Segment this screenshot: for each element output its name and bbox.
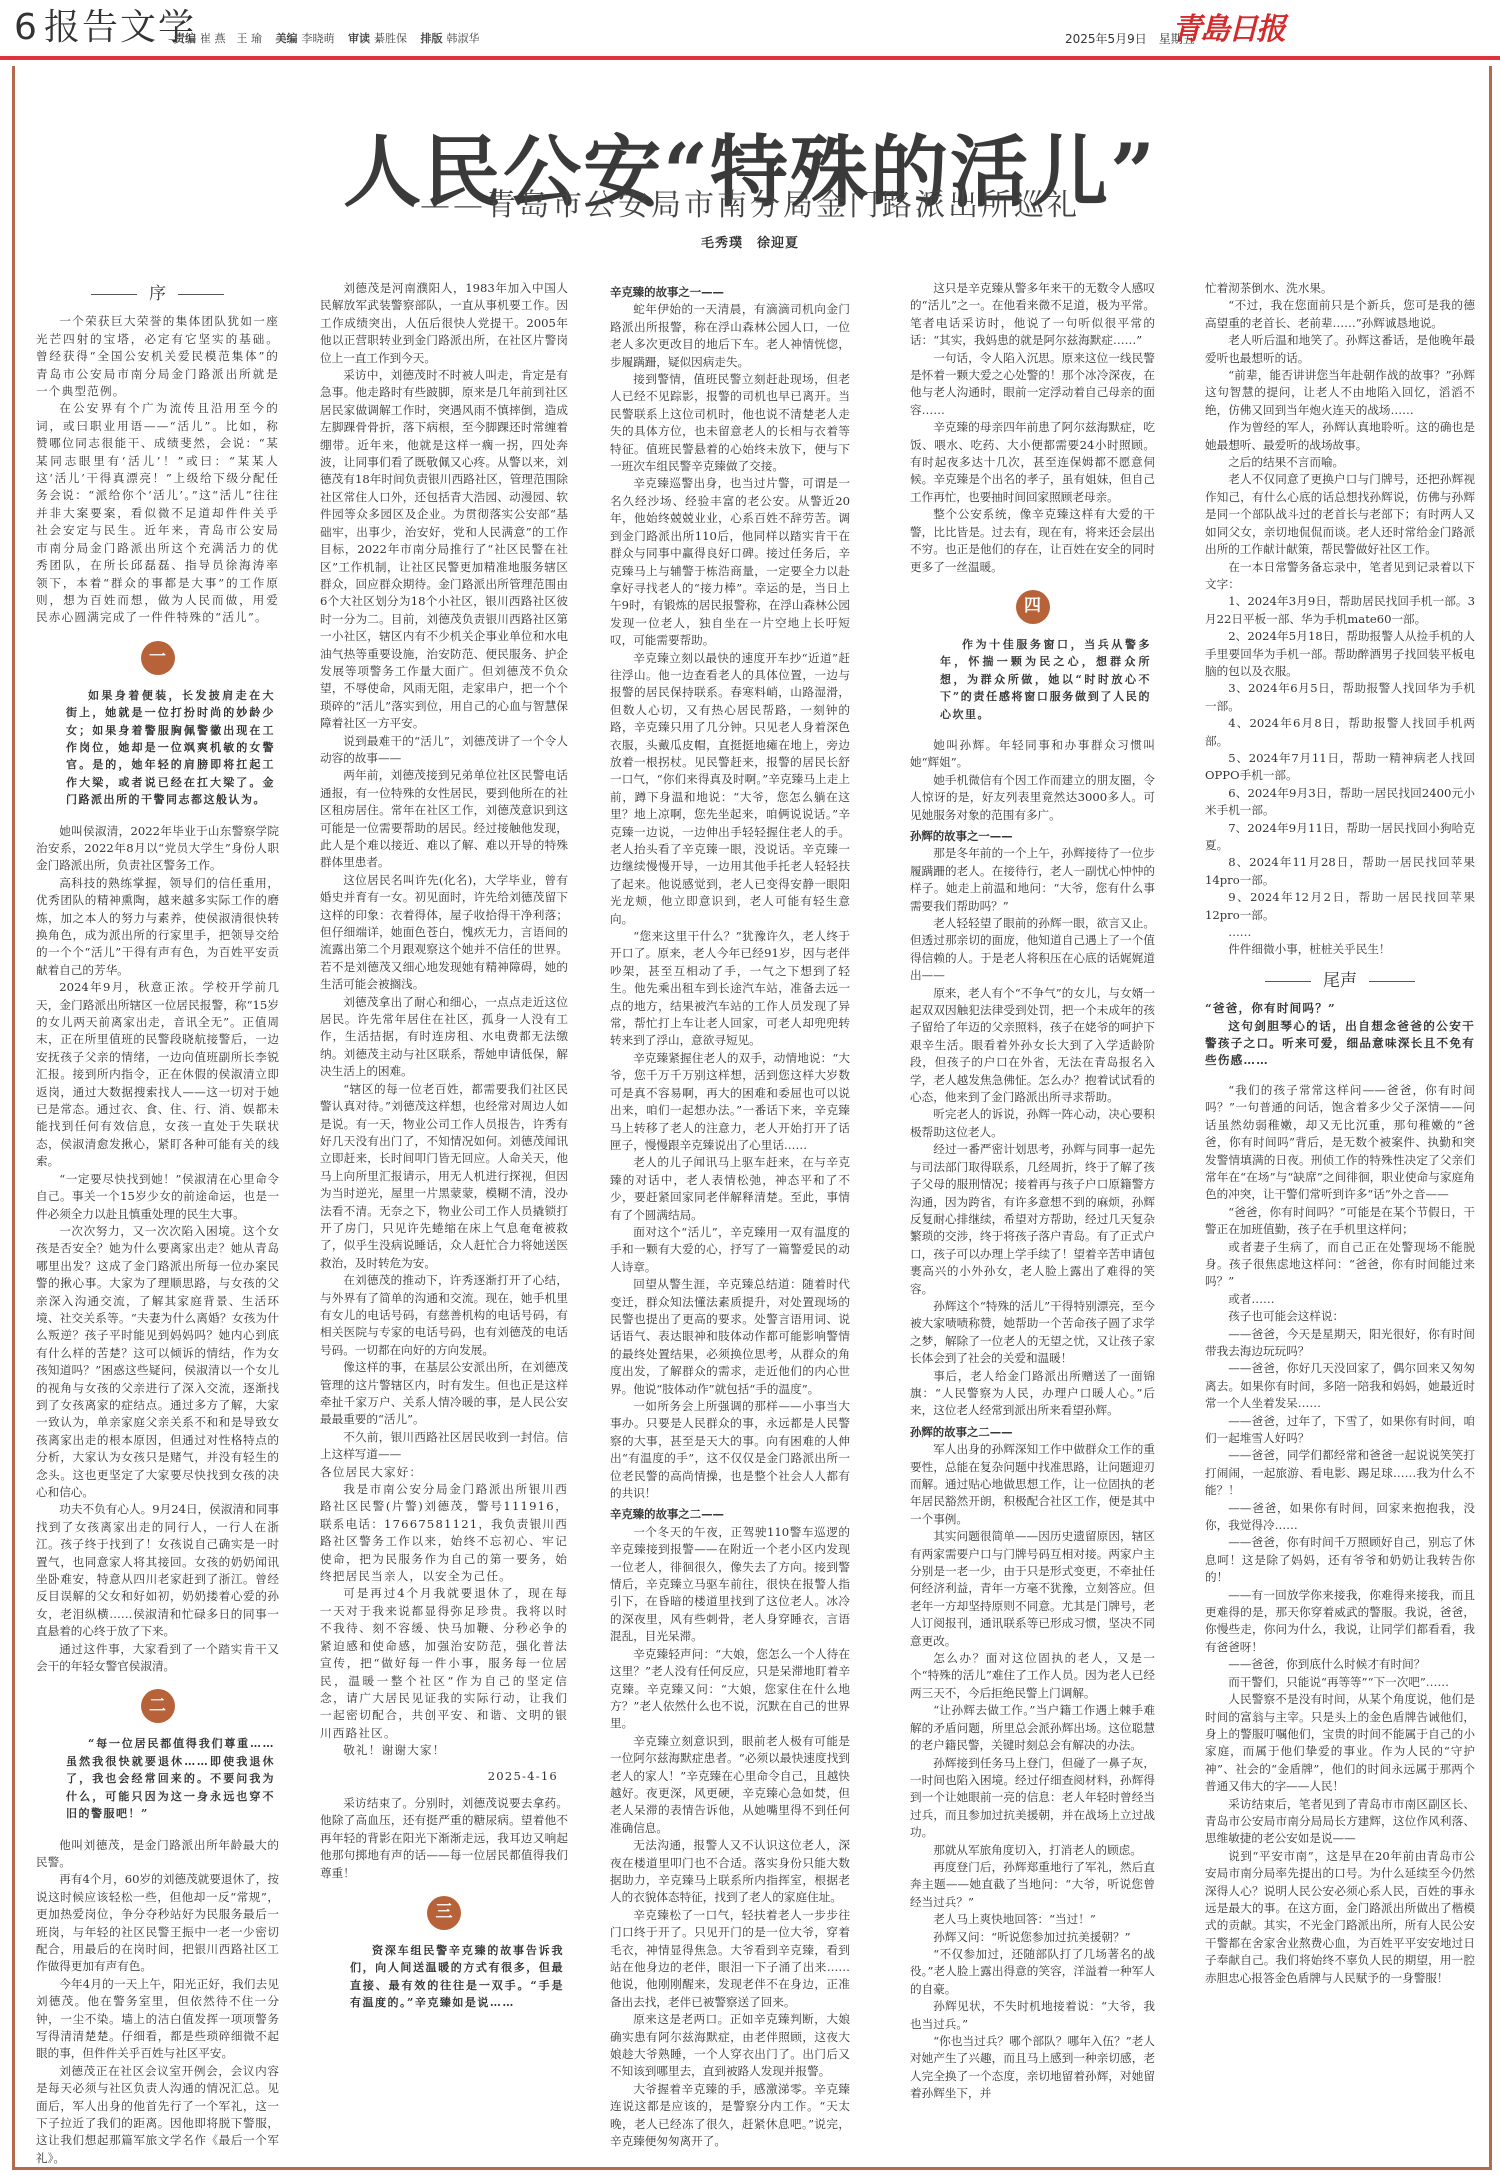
paragraph: 在公安界有个广为流传且沿用至今的词，或曰职业用语——“活儿”。比如，称赞哪位同志…: [36, 400, 279, 626]
paragraph: 刘德茂拿出了耐心和细心，一点点走近这位居民。许先常年居住在社区，孤身一人没有工作…: [320, 994, 568, 1081]
credit-role: 审读: [348, 32, 370, 45]
divider: [1265, 981, 1311, 982]
section-1-lead: 如果身着便装，长发披肩走在大街上，她就是一位打扮时尚的妙龄少女；如果身着警服胸佩…: [66, 687, 275, 809]
credit-role: 责编: [174, 32, 196, 45]
paragraph: 在一本日常警务备忘录中，笔者见到记录着以下文字：: [1205, 559, 1475, 594]
paragraph: 作为曾经的军人，孙辉认真地聆听。这的确也是她最想听、最爱听的战场故事。: [1205, 419, 1475, 454]
paragraph: 无法沟通，报警人又不认识这位老人，深夜在楼道里叩门也不合适。落实身份只能大数据助…: [610, 1837, 850, 1907]
memo-item: 5、2024年7月11日，帮助一精神病老人找回OPPO手机一部。: [1205, 750, 1475, 785]
paragraph: “爸爸，你有时间吗？”可能是在某个节假日，干警正在加班值勤，孩子在手机里这样问；: [1205, 1204, 1475, 1239]
lead-text: 如果身着便装，长发披肩走在大街上，她就是一位打扮时尚的妙龄少女；如果身着警服胸佩…: [66, 687, 275, 809]
paragraph: 她叫侯淑清，2022年毕业于山东警察学院治安系，2022年8月以“党员大学生”身…: [36, 823, 279, 875]
paragraph: 功夫不负有心人。9月24日，侯淑清和同事找到了女孩离家出走的同行人，一行人在浙江…: [36, 1501, 279, 1640]
paragraph: “您来这里干什么？”犹豫许久，老人终于开口了。原来，老人今年已经91岁，因与老伴…: [610, 928, 850, 1050]
paragraph: ——爸爸，你有时间千万照顾好自己，别忘了休息呵！这是除了妈妈，还有爷爷和奶奶让我…: [1205, 1534, 1475, 1586]
paragraph: 军人出身的孙辉深知工作中做群众工作的重要性，总能在复杂问题中找准思路，让问题迎刃…: [910, 1441, 1155, 1528]
paragraph: 其实问题很简单——因历史遗留原因，辖区有两家需要户口与门牌号码互相对接。两家户主…: [910, 1528, 1155, 1650]
lead-text: 资深车组民警辛克臻的故事告诉我们，向人间送温暖的方式有很多，但最直接、最有效的往…: [350, 1942, 564, 2012]
paragraph: 辛克臻轻声问：“大娘，您怎么一个人待在这里？”老人没有任何反应，只是呆滞地盯着辛…: [610, 1646, 850, 1733]
paragraph: 辛克臻立刻以最快的速度开车抄“近道”赶往浮山。他一边查看老人的具体位置，一边与报…: [610, 650, 850, 929]
paragraph: 一句话，令人陷入沉思。原来这位一线民警是怀着一颗大爱之心处警的！那个冰冷深夜，在…: [910, 350, 1155, 420]
resident-letter: 各位居民大家好： 我是市南公安分局金门路派出所银川西路社区民警(片警)刘德茂，警…: [320, 1464, 568, 1785]
section-badge-3: 三: [427, 1896, 461, 1930]
paragraph: ——爸爸，你好几天没回家了，偶尔回来又匆匆离去。如果你有时间，多陪一陪我和妈妈，…: [1205, 1360, 1475, 1412]
credit-names: 崔 燕 王 瑜: [200, 32, 262, 45]
paragraph: ——爸爸，如果你有时间，回家来抱抱我，没你，我觉得冷……: [1205, 1500, 1475, 1535]
memo-closing: 件件细微小事，桩桩关乎民生！: [1205, 941, 1475, 958]
paragraph: 忙着沏茶倒水、洗水果。: [1205, 280, 1475, 297]
paragraph: 老人听后温和地笑了。孙辉这番话，是他晚年最爱听也最想听的话。: [1205, 332, 1475, 367]
memo-item: 8、2024年11月28日，帮助一居民找回苹果14pro一部。: [1205, 854, 1475, 889]
divider: [91, 294, 137, 295]
lead-text: 作为十佳服务窗口，当兵从警多年，怀揣一颗为民之心，想群众所想，为群众所做，她以“…: [940, 636, 1151, 723]
column-1: 序 一个荣获巨大荣誉的集体团队犹如一座光芒四射的宝塔，必定有它坚实的基础。曾经获…: [36, 280, 279, 2167]
story-heading: 孙辉的故事之一——: [910, 828, 1155, 845]
paragraph: 她手机微信有个因工作而建立的朋友圈，令人惊讶的是，好友列表里竟然达3000多人。…: [910, 772, 1155, 824]
paragraph: 采访结束了。分别时，刘德茂说要去拿药。他除了高血压，还有挺严重的糖尿病。望着他不…: [320, 1795, 568, 1882]
paragraph: “你也当过兵？哪个部队？哪年入伍？”老人对她产生了兴趣，而且马上感到一种亲切感，…: [910, 2033, 1155, 2103]
paragraph: ——有一回放学你来接我，你难得来接我，而且更难得的是，那天你穿着威武的警服。我说…: [1205, 1587, 1475, 1657]
paragraph: 经过一番严密计划思考，孙辉与同事一起先与司法部门取得联系，几经周折，终于了解了孩…: [910, 1141, 1155, 1298]
paragraph: 蛇年伊始的一天清晨，有滴滴司机向金门路派出所报警，称在浮山森林公园人口，一位老人…: [610, 301, 850, 371]
credit-names: 韩淑华: [447, 32, 480, 45]
paragraph: 她叫孙辉。年轻同事和办事群众习惯叫她“辉姐”。: [910, 737, 1155, 772]
paragraph: 孩子也可能会这样说：: [1205, 1308, 1475, 1325]
paragraph: 之后的结果不言而喻。: [1205, 454, 1475, 471]
spacer: [1205, 1070, 1475, 1082]
paragraph: 两年前，刘德茂接到兄弟单位社区民警电话通报，有一位特殊的女性居民，要到他所在的社…: [320, 767, 568, 871]
paragraph: 这只是辛克臻从警多年来干的无数令人感叹的“活儿”之一。在他看来微不足道，极为平常…: [910, 280, 1155, 350]
paragraph: 辛克臻紧握住老人的双手，动情地说：“大爷，您千万千万别这样想，活到您这样大岁数可…: [610, 1050, 850, 1154]
paragraph: “前辈，能否讲讲您当年赴朝作战的故事？”孙辉这句智慧的提问，让老人不由地陷入回忆…: [1205, 367, 1475, 419]
paragraph: 听完老人的诉说，孙辉一阵心动，决心要积极帮助这位老人。: [910, 1106, 1155, 1141]
paragraph: 怎么办？面对这位固执的老人，又是一个“特殊的活儿”难住了工作人员。因为老人已经两…: [910, 1650, 1155, 1702]
letter-salutation: 各位居民大家好：: [320, 1464, 568, 1481]
paragraph: 再度登门后，孙辉郑重地行了军礼，然后直奔主题——她直截了当地问：“大爷，听说您曾…: [910, 1859, 1155, 1911]
paragraph: 原来这是老两口。正如辛克臻判断，大娘确实患有阿尔兹海默症，由老伴照顾，这夜大娘趁…: [610, 2011, 850, 2081]
paragraph: “不仅参加过，还随部队打了几场著名的战役。”老人脸上露出得意的笑容，洋溢着一种军…: [910, 1946, 1155, 1998]
paragraph: 说到最难干的“活儿”，刘德茂讲了一个令人动容的故事——: [320, 733, 568, 768]
divider: [178, 294, 224, 295]
memo-item: 6、2024年9月3日，帮助一居民找回2400元小米手机一部。: [1205, 785, 1475, 820]
paragraph: 辛克臻松了一口气，轻扶着老人一步步往门口终于开了。只见开门的是一位大爷，穿着毛衣…: [610, 1907, 850, 2011]
section-badge-2: 二: [141, 1689, 175, 1723]
memo-item: 7、2024年9月11日，帮助一居民找回小狗哈克夏。: [1205, 820, 1475, 855]
paragraph: 不久前，银川西路社区居民收到一封信。信上这样写道——: [320, 1429, 568, 1464]
page-number: 6: [14, 6, 37, 50]
memo-item: 4、2024年6月8日，帮助报警人找回手机两部。: [1205, 715, 1475, 750]
memo-ellipsis: ……: [1205, 924, 1475, 941]
paragraph: 或者……: [1205, 1291, 1475, 1308]
article-subtitle: ——青岛市公安局市南分局金门路派出所巡礼: [0, 180, 1500, 224]
paragraph: 事后，老人给金门路派出所赠送了一面锦旗：“人民警察为人民，办理户口暖人心。”后来…: [910, 1368, 1155, 1420]
paragraph: 人民警察不是没有时间，从某个角度说，他们是时间的富翁与主宰。只是头上的金色盾牌告…: [1205, 1691, 1475, 1795]
paragraph: “辖区的每一位老百姓，都需要我们社区民警认真对待。”刘德茂这样想，也经常对周边人…: [320, 1081, 568, 1272]
paragraph: “不过，我在您面前只是个新兵，您可是我的德高望重的老首长、老前辈……”孙辉诚恳地…: [1205, 297, 1475, 332]
memo-item: 9、2024年12月2日，帮助一居民找回苹果12pro一部。: [1205, 889, 1475, 924]
paragraph: 那是冬年前的一个上午，孙辉接待了一位步履蹒跚的老人。在接待行，老人一副忧心忡忡的…: [910, 845, 1155, 915]
paragraph: 说到“平安市南”，这是早在20年前由青岛市公安局市南分局率先提出的口号。为什么延…: [1205, 1848, 1475, 1987]
memo-item: 1、2024年3月9日，帮助居民找回手机一部。3月22日平板一部、华为手机mat…: [1205, 593, 1475, 628]
section-badge-4: 四: [1016, 590, 1050, 624]
preface-heading: 序: [36, 286, 279, 303]
section-badge-1: 一: [141, 641, 175, 675]
letter-date: 2025-4-16: [320, 1768, 558, 1785]
paragraph: “一定要尽快找到她！”侯淑清在心里命令自己。事关一个15岁少女的前途命运，也是一…: [36, 1171, 279, 1223]
letter-closing: 敬礼！谢谢大家！: [320, 1742, 568, 1759]
header-divider: [0, 56, 1500, 60]
paragraph: 老人轻轻望了眼前的孙辉一眼，欲言又止。但透过那亲切的面庞，他知道自己遇上了一个值…: [910, 915, 1155, 985]
memo-list: 1、2024年3月9日，帮助居民找回手机一部。3月22日平板一部、华为手机mat…: [1205, 593, 1475, 959]
credit-role: 排版: [421, 32, 443, 45]
paragraph: 原来，老人有个“不争气”的女儿，与女婿一起双双因触犯法律受到处罚，把一个未成年的…: [910, 985, 1155, 1107]
paragraph: 刘德茂是河南濮阳人，1983年加入中国人民解放军武装警察部队，一直从事机要工作。…: [320, 280, 568, 367]
column-4: 这只是辛克臻从警多年来干的无数令人感叹的“活儿”之一。在他看来微不足道，极为平常…: [910, 280, 1155, 2103]
paragraph: 那就从军旅角度切入，打消老人的顾虑。: [910, 1842, 1155, 1859]
paragraph: 再有4个月，60岁的刘德茂就要退休了，按说这时候应该轻松一些，但他却一反“常规”…: [36, 1871, 279, 1975]
newspaper-logo: 青島日报: [1172, 4, 1284, 48]
paragraph: 辛克臻的母亲四年前患了阿尔兹海默症，吃饭、喂水、吃药、大小便都需要24小时照顾。…: [910, 419, 1155, 506]
paragraph: 刘德茂正在社区会议室开例会，会议内容是每天必须与社区负责人沟通的情况汇总。见面后…: [36, 2063, 279, 2167]
section-2-lead: “每一位居民都值得我们尊重……虽然我很快就要退休……即使我退休了，我也会经常回来…: [66, 1735, 275, 1822]
credit-names: 綦胜保: [374, 32, 407, 45]
paragraph: 孙辉见状，不失时机地接着说：“大爷，我也当过兵。”: [910, 1998, 1155, 2033]
paragraph: 他叫刘德茂，是金门路派出所年龄最大的民警。: [36, 1837, 279, 1872]
section-4-lead: 作为十佳服务窗口，当兵从警多年，怀揣一颗为民之心，想群众所想，为群众所做，她以“…: [940, 636, 1151, 723]
paragraph: 而干警们，只能说“再等等”“下一次吧”……: [1205, 1674, 1475, 1691]
section-3-lead: 资深车组民警辛克臻的故事告诉我们，向人间送温暖的方式有很多，但最直接、最有效的往…: [350, 1942, 564, 2012]
lead-text: 这句剑胆琴心的话，出自想念爸爸的公安干警孩子之口。听来可爱，细品意味深长且不免有…: [1205, 1018, 1475, 1070]
lead-quote: “爸爸，你有时间吗？”: [1205, 1000, 1475, 1017]
credit-role: 美编: [276, 32, 298, 45]
paragraph: ——爸爸，同学们都经常和爸爸一起说说笑笑打打闹闹，一起旅游、看电影、踢足球……我…: [1205, 1447, 1475, 1499]
paragraph: 像这样的事，在基层公安派出所，在刘德茂管理的这片警辖区内，时有发生。但也正是这样…: [320, 1359, 568, 1429]
paragraph: 老人马上爽快地回答：“当过！”: [910, 1911, 1155, 1928]
paragraph: “让孙辉去做工作。”当户籍工作遇上棘手难解的矛盾问题，所里总会派孙辉出场。这位聪…: [910, 1702, 1155, 1754]
article-byline: 毛秀璞 徐迎夏: [0, 232, 1500, 251]
column-3: 辛克臻的故事之一—— 蛇年伊始的一天清晨，有滴滴司机向金门路派出所报警，称在浮山…: [610, 280, 850, 2150]
paragraph: 辛克臻立刻意识到，眼前老人极有可能是一位阿尔兹海默症患者。“必须以最快速度找到老…: [610, 1733, 850, 1837]
memo-item: 3、2024年6月5日，帮助报警人找回华为手机一部。: [1205, 680, 1475, 715]
paragraph: 孙辉又问：“听说您参加过抗美援朝？”: [910, 1929, 1155, 1946]
paragraph: 一个荣获巨大荣誉的集体团队犹如一座光芒四射的宝塔，必定有它坚实的基础。曾经获得“…: [36, 313, 279, 400]
paragraph: 一如所务会上所强调的那样——小事当大事办。只要是人民群众的事，永远都是人民警察的…: [610, 1398, 850, 1502]
preface-title: 序: [149, 286, 166, 303]
paragraph: 老人不仅同意了更换户口与门牌号，还把孙辉视作知己，有什么心底的话总想找孙辉说，仿…: [1205, 471, 1475, 558]
story-heading: 孙辉的故事之二——: [910, 1424, 1155, 1441]
letter-paragraph: 可是再过4个月我就要退休了，现在每一天对于我来说都显得弥足珍贵。我将以时不我待、…: [320, 1585, 568, 1742]
column-5: 忙着沏茶倒水、洗水果。 “不过，我在您面前只是个新兵，您可是我的德高望重的老首长…: [1205, 280, 1475, 1987]
story-heading: 辛克臻的故事之一——: [610, 284, 850, 301]
column-2: 刘德茂是河南濮阳人，1983年加入中国人民解放军武装警察部队，一直从事机要工作。…: [320, 280, 568, 2026]
paragraph: 孙辉接到任务马上登门，但碰了一鼻子灰，一时间也陷入困境。经过仔细查阅材料，孙辉得…: [910, 1755, 1155, 1842]
letter-paragraph: 我是市南公安分局金门路派出所银川西路社区民警(片警)刘德茂，警号111916，联…: [320, 1481, 568, 1585]
page-masthead: 6 报告文学 责编崔 燕 王 瑜 美编李晓萌 审读綦胜保 排版韩淑华 2025年…: [0, 0, 1500, 58]
paragraph: 在刘德茂的推动下，许秀逐渐打开了心结，与外界有了简单的沟通和交流。现在，她手机里…: [320, 1272, 568, 1359]
paragraph: 一个冬天的午夜，正驾驶110警车巡逻的辛克臻接到报警——在附近一个老小区内发现一…: [610, 1524, 850, 1646]
paragraph: ——爸爸，你到底什么时候才有时间？: [1205, 1656, 1475, 1673]
paragraph: 孙辉这个“特殊的活儿”干得特别漂亮，至今被大家啧啧称赞，她帮助一个苦命孩子圆了求…: [910, 1298, 1155, 1368]
paragraph: 今年4月的一天上午，阳光正好，我们去见刘德茂。他在警务室里，但依然待不住一分钟，…: [36, 1976, 279, 2063]
credit-names: 李晓萌: [302, 32, 335, 45]
paragraph: ——爸爸，过年了，下雪了，如果你有时间，咱们一起堆雪人好吗？: [1205, 1413, 1475, 1448]
epilogue-heading: 尾声: [1205, 973, 1475, 990]
story-heading: 辛克臻的故事之二——: [610, 1506, 850, 1523]
paragraph: 高科技的熟练掌握，领导们的信任重用，优秀团队的精神熏陶，越来越多实际工作的磨炼，…: [36, 875, 279, 979]
epilogue-lead: “爸爸，你有时间吗？” 这句剑胆琴心的话，出自想念爸爸的公安干警孩子之口。听来可…: [1205, 1000, 1475, 1070]
lead-text: “每一位居民都值得我们尊重……虽然我很快就要退休……即使我退休了，我也会经常回来…: [66, 1735, 275, 1822]
paragraph: 这位居民名叫许先(化名)，大学毕业，曾有婚史并育有一女。初见面时，许先给刘德茂留…: [320, 872, 568, 994]
paragraph: 采访中，刘德茂时不时被人叫走，肯定是有急事。他走路时有些跛脚，原来是几年前到社区…: [320, 367, 568, 733]
paragraph: 回望从警生涯，辛克臻总结道：随着时代变迁，群众知法懂法素质提升，对处置现场的民警…: [610, 1276, 850, 1398]
memo-item: 2、2024年5月18日，帮助报警人从捡手机的人手里要回华为手机一部。帮助醉酒男…: [1205, 628, 1475, 680]
paragraph: 采访结束后，笔者见到了青岛市市南区副区长、青岛市公安局市南分局局长方建辉，这位作…: [1205, 1796, 1475, 1848]
epilogue-title: 尾声: [1323, 973, 1357, 990]
paragraph: 接到警情，值班民警立刻赶赴现场，但老人已经不见踪影，报警的司机也早已离开。当民警…: [610, 371, 850, 475]
paragraph: 老人的儿子闻讯马上驱车赶来，在与辛克臻的对话中，老人表情松弛，神态平和了不少，要…: [610, 1154, 850, 1224]
editor-credits: 责编崔 燕 王 瑜 美编李晓萌 审读綦胜保 排版韩淑华: [174, 30, 480, 46]
paragraph: 2024年9月，秋意正浓。学校开学前几天，金门路派出所辖区一位居民报警，称“15…: [36, 979, 279, 1170]
paragraph: 面对这个“活儿”，辛克臻用一双有温度的手和一颗有大爱的心，抒写了一篇警爱民的动人…: [610, 1224, 850, 1276]
paragraph: “我们的孩子常常这样问——爸爸，你有时间吗？”一句普通的问话，饱含着多少父子深情…: [1205, 1082, 1475, 1204]
paragraph: 整个公安系统，像辛克臻这样有大爱的干警，比比皆是。过去有，现在有，将来还会层出不…: [910, 506, 1155, 576]
paragraph: 或者妻子生病了，而自己正在处警现场不能脱身。孩子很焦虑地这样问：“爸爸，你有时间…: [1205, 1239, 1475, 1291]
paragraph: 大爷握着辛克臻的手，感激涕零。辛克臻连说这都是应该的，是警察分内工作。“天太晚，…: [610, 2081, 850, 2151]
paragraph: 辛克臻巡警出身，也当过片警，可谓是一名久经沙场、经验丰富的老公安。从警近20年，…: [610, 475, 850, 649]
paragraph: ——爸爸，今天是星期天，阳光很好，你有时间带我去海边玩玩吗？: [1205, 1326, 1475, 1361]
paragraph: 通过这件事，大家看到了一个踏实肯干又会干的年轻女警官侯淑清。: [36, 1641, 279, 1676]
divider: [1369, 981, 1415, 982]
paragraph: 一次次努力，又一次次陷入困境。这个女孩是否安全？她为什么要离家出走？她从青岛哪里…: [36, 1223, 279, 1502]
